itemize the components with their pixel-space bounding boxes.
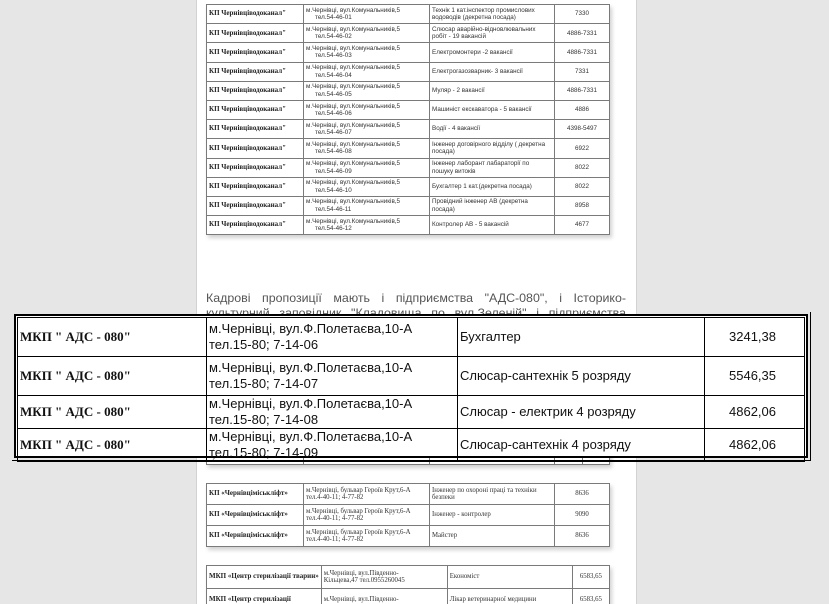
position-cell: Провідний інженер АВ (декретна посада) (430, 196, 555, 215)
phone-line: тел.4-40-11; 4-77-82 (306, 515, 427, 523)
salary-cell: 4862,06 (705, 396, 805, 429)
organization-cell: КП Чернівціводоканал" (207, 5, 304, 24)
organization-cell: КП Чернівціводоканал" (207, 43, 304, 62)
phone-line: тел.15-80; 7-14-08 (209, 412, 318, 427)
phone-line: Кільцева,47 тел.0955260045 (324, 577, 445, 585)
phone-line: тел.54-46-10 (306, 187, 427, 195)
address-line: м.Чернівці, вул.Комунальників,5 (306, 103, 400, 110)
position-cell: Технік 1 кат.інспектор промислових водов… (430, 5, 555, 24)
phone-line: тел.54-46-04 (306, 72, 427, 80)
salary-cell: 8022 (555, 158, 610, 177)
position-cell: Економіст (447, 566, 572, 589)
salary-cell: 4886 (555, 100, 610, 119)
address-cell: м.Чернівці, вул.Комунальників,5тел.54-46… (304, 24, 430, 43)
salary-cell: 7331 (555, 62, 610, 81)
position-cell: Інженер лаборант лабараторії по пошуку в… (430, 158, 555, 177)
phone-line: тел.54-46-05 (306, 91, 427, 99)
organization-cell: КП Чернівціводоканал" (207, 81, 304, 100)
phone-line: тел.15-80; 7-14-07 (209, 376, 318, 391)
salary-cell: 6583,65 (572, 589, 609, 604)
phone-line: тел.54-46-06 (306, 110, 427, 118)
address-line: м.Чернівці, вул.Комунальників,5 (306, 141, 400, 148)
organization-cell: КП Чернівціводоканал" (207, 177, 304, 196)
address-cell: м.Чернівці, вул.Комунальників,5тел.54-46… (304, 62, 430, 81)
organization-cell: КП Чернівціводоканал" (207, 158, 304, 177)
salary-cell: 4886-7331 (555, 81, 610, 100)
table-row: МКП «Центр стерилізації тварин»м.Чернівц… (207, 566, 610, 589)
address-cell: м.Чернівці, вул.Комунальників,5тел.54-46… (304, 43, 430, 62)
table-row: МКП «Центр стерилізаціїм.Чернівці, вул.П… (207, 589, 610, 604)
organization-cell: МКП " АДС - 080" (18, 429, 207, 462)
address-line: м.Чернівці, вул.Ф.Полетаєва,10-А (209, 360, 412, 375)
table-row: МКП " АДС - 080"м.Чернівці, вул.Ф.Полета… (18, 318, 805, 357)
address-cell: м.Чернівці, вул.Ф.Полетаєва,10-Ател.15-8… (207, 357, 458, 396)
address-cell: м.Чернівці, вул.Комунальників,5тел.54-46… (304, 120, 430, 139)
address-line: м.Чернівці, бульвар Героїв Крут,6-А (306, 508, 411, 515)
address-line: м.Чернівці, вул.Південно- (324, 596, 399, 603)
address-cell: м.Чернівці, вул.Комунальників,5тел.54-46… (304, 139, 430, 158)
table-row: КП Чернівціводоканал"м.Чернівці, вул.Ком… (207, 24, 610, 43)
position-cell: Електромонтери -2 вакансії (430, 43, 555, 62)
salary-cell: 8958 (555, 196, 610, 215)
address-line: м.Чернівці, вул.Комунальників,5 (306, 64, 400, 71)
organization-cell: КП Чернівціводоканал" (207, 100, 304, 119)
position-cell: Інженер - контролер (430, 505, 555, 526)
table-row: КП Чернівціводоканал"м.Чернівці, вул.Ком… (207, 81, 610, 100)
address-cell: м.Чернівці, бульвар Героїв Крут,6-Ател.4… (304, 484, 430, 505)
table-row: КП Чернівціводоканал"м.Чернівці, вул.Ком… (207, 216, 610, 235)
position-cell: Машиніст екскаватора - 5 вакансії (430, 100, 555, 119)
organization-cell: КП Чернівціводоканал" (207, 196, 304, 215)
organization-cell: КП Чернівціводоканал" (207, 216, 304, 235)
address-line: м.Чернівці, вул.Південно- (324, 570, 399, 577)
salary-cell: 9090 (555, 505, 610, 526)
address-line: м.Чернівці, вул.Ф.Полетаєва,10-А (209, 429, 412, 444)
address-line: м.Чернівці, вул.Комунальників,5 (306, 218, 400, 225)
table-row: КП «Чернівцімiськліфт»м.Чернівці, бульва… (207, 526, 610, 547)
address-cell: м.Чернівці, вул.Південно- (321, 589, 447, 604)
salary-cell: 7330 (555, 5, 610, 24)
phone-line: тел.54-46-02 (306, 33, 427, 41)
table-row: КП «Чернівцімiськліфт»м.Чернівці, бульва… (207, 505, 610, 526)
table-row: КП Чернівціводоканал"м.Чернівці, вул.Ком… (207, 196, 610, 215)
address-line: м.Чернівці, вул.Комунальників,5 (306, 198, 400, 205)
address-cell: м.Чернівці, бульвар Героїв Крут,6-Ател.4… (304, 505, 430, 526)
phone-line: тел.54-46-03 (306, 52, 427, 60)
table-row: МКП " АДС - 080"м.Чернівці, вул.Ф.Полета… (18, 357, 805, 396)
position-cell: Інженер по охороні праці та техніки безп… (430, 484, 555, 505)
sterilization-center-vacancies-table: МКП «Центр стерилізації тварин»м.Чернівц… (206, 565, 610, 604)
table-row: МКП " АДС - 080"м.Чернівці, вул.Ф.Полета… (18, 396, 805, 429)
address-line: м.Чернівці, бульвар Героїв Крут,6-А (306, 529, 411, 536)
table-row: КП Чернівціводоканал"м.Чернівці, вул.Ком… (207, 5, 610, 24)
address-cell: м.Чернівці, вул.Південно-Кільцева,47 тел… (321, 566, 447, 589)
address-line: м.Чернівці, вул.Комунальників,5 (306, 179, 400, 186)
position-cell: Муляр - 2 вакансії (430, 81, 555, 100)
address-cell: м.Чернівці, вул.Комунальників,5тел.54-46… (304, 5, 430, 24)
salary-cell: 4886-7331 (555, 24, 610, 43)
salary-cell: 6922 (555, 139, 610, 158)
position-cell: Слюсар-сантехнік 4 розряду (458, 429, 705, 462)
table-row: КП Чернівціводоканал"м.Чернівці, вул.Ком… (207, 177, 610, 196)
salary-cell: 6583,65 (572, 566, 609, 589)
position-cell: Електрогазозварник- 3 вакансії (430, 62, 555, 81)
phone-line: тел.54-46-01 (306, 14, 427, 22)
address-cell: м.Чернівці, вул.Ф.Полетаєва,10-Ател.15-8… (207, 396, 458, 429)
position-cell: Бухгалтер 1 кат.(декретна посада) (430, 177, 555, 196)
position-cell: Бухгалтер (458, 318, 705, 357)
address-line: м.Чернівці, вул.Комунальників,5 (306, 26, 400, 33)
table-row: КП Чернівціводоканал"м.Чернівці, вул.Ком… (207, 139, 610, 158)
address-line: м.Чернівці, бульвар Героїв Крут,6-А (306, 487, 411, 494)
phone-line: тел.54-46-09 (306, 168, 427, 176)
address-cell: м.Чернівці, вул.Комунальників,5тел.54-46… (304, 177, 430, 196)
salary-cell: 4398-5497 (555, 120, 610, 139)
phone-line: тел.4-40-11; 4-77-82 (306, 536, 427, 544)
position-cell: Слюсар - електрик 4 розряду (458, 396, 705, 429)
salary-cell: 8022 (555, 177, 610, 196)
address-line: м.Чернівці, вул.Ф.Полетаєва,10-А (209, 396, 412, 411)
address-line: м.Чернівці, вул.Комунальників,5 (306, 160, 400, 167)
address-cell: м.Чернівці, вул.Комунальників,5тел.54-46… (304, 158, 430, 177)
phone-line: тел.54-46-11 (306, 206, 427, 214)
organization-cell: КП «Чернівцімiськліфт» (207, 484, 304, 505)
table-row: КП Чернівціводоканал"м.Чернівці, вул.Ком… (207, 100, 610, 119)
phone-line: тел.15-80; 7-14-09 (209, 445, 318, 460)
ads-080-enlarged-table[interactable]: МКП " АДС - 080"м.Чернівці, вул.Ф.Полета… (14, 314, 808, 458)
organization-cell: КП Чернівціводоканал" (207, 139, 304, 158)
address-cell: м.Чернівці, вул.Комунальників,5тел.54-46… (304, 100, 430, 119)
salary-cell: 8636 (555, 484, 610, 505)
table-row: КП Чернівціводоканал"м.Чернівці, вул.Ком… (207, 158, 610, 177)
organization-cell: КП Чернівціводоканал" (207, 24, 304, 43)
table-row: КП «Чернівцімiськліфт»м.Чернівці, бульва… (207, 484, 610, 505)
organization-cell: МКП «Центр стерилізації тварин» (207, 566, 322, 589)
organization-cell: КП Чернівціводоканал" (207, 120, 304, 139)
organization-cell: МКП " АДС - 080" (18, 396, 207, 429)
vodokanal-vacancies-table: КП Чернівціводоканал"м.Чернівці, вул.Ком… (206, 4, 610, 235)
phone-line: тел.54-46-12 (306, 225, 427, 233)
salary-cell: 8636 (555, 526, 610, 547)
organization-cell: МКП " АДС - 080" (18, 357, 207, 396)
address-line: м.Чернівці, вул.Комунальників,5 (306, 7, 400, 14)
address-cell: м.Чернівці, вул.Комунальників,5тел.54-46… (304, 81, 430, 100)
address-cell: м.Чернівці, вул.Ф.Полетаєва,10-Ател.15-8… (207, 429, 458, 462)
position-cell: Контролер АВ - 5 вакансій (430, 216, 555, 235)
position-cell: Лікар ветеринарної медицини (447, 589, 572, 604)
phone-line: тел.54-46-08 (306, 148, 427, 156)
address-cell: м.Чернівці, вул.Ф.Полетаєва,10-Ател.15-8… (207, 318, 458, 357)
position-cell: Інженер договірного відділу ( декретна п… (430, 139, 555, 158)
table-row: КП Чернівціводоканал"м.Чернівці, вул.Ком… (207, 120, 610, 139)
salary-cell: 4886-7331 (555, 43, 610, 62)
address-line: м.Чернівці, вул.Комунальників,5 (306, 45, 400, 52)
phone-line: тел.54-46-07 (306, 129, 427, 137)
address-line: м.Чернівці, вул.Комунальників,5 (306, 83, 400, 90)
table-row: КП Чернівціводоканал"м.Чернівці, вул.Ком… (207, 62, 610, 81)
position-cell: Слюсар-сантехнік 5 розряду (458, 357, 705, 396)
organization-cell: МКП «Центр стерилізації (207, 589, 322, 604)
organization-cell: КП «Чернівцімiськліфт» (207, 505, 304, 526)
organization-cell: КП «Чернівцімiськліфт» (207, 526, 304, 547)
address-line: м.Чернівці, вул.Ф.Полетаєва,10-А (209, 321, 412, 336)
table-row: КП Чернівціводоканал"м.Чернівці, вул.Ком… (207, 43, 610, 62)
position-cell: Майстер (430, 526, 555, 547)
organization-cell: МКП " АДС - 080" (18, 318, 207, 357)
address-cell: м.Чернівці, вул.Комунальників,5тел.54-46… (304, 216, 430, 235)
address-cell: м.Чернівці, вул.Комунальників,5тел.54-46… (304, 196, 430, 215)
salary-cell: 4677 (555, 216, 610, 235)
address-line: м.Чернівці, вул.Комунальників,5 (306, 122, 400, 129)
phone-line: тел.15-80; 7-14-06 (209, 337, 318, 352)
salary-cell: 5546,35 (705, 357, 805, 396)
miskleft-vacancies-table: КП «Чернівцімiськліфт»м.Чернівці, бульва… (206, 483, 610, 547)
phone-line: тел.4-40-11; 4-77-82 (306, 494, 427, 502)
address-cell: м.Чернівці, бульвар Героїв Крут,6-Ател.4… (304, 526, 430, 547)
table-row: МКП " АДС - 080"м.Чернівці, вул.Ф.Полета… (18, 429, 805, 462)
salary-cell: 3241,38 (705, 318, 805, 357)
organization-cell: КП Чернівціводоканал" (207, 62, 304, 81)
salary-cell: 4862,06 (705, 429, 805, 462)
position-cell: Водії - 4 вакансії (430, 120, 555, 139)
position-cell: Слюсар аварійно-відновлювальних робіт - … (430, 24, 555, 43)
